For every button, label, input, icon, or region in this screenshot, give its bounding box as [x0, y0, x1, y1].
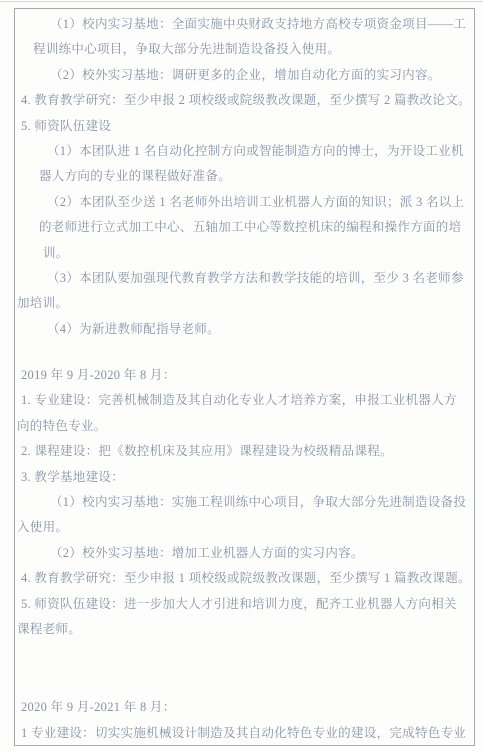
text-line: （1）校内实习基地：实施工程训练中心项目，争取大部分先进制造设备投 — [14, 490, 474, 515]
text-line: （4）为新进教师配指导老师。 — [14, 317, 474, 342]
text-line: 的老师进行立式加工中心、五轴加工中心等数控机床的编程和操作方面的培 — [14, 215, 474, 240]
text-line: （2）校外实习基地：增加工业机器人方面的实习内容。 — [14, 541, 474, 566]
table-cell-border-right — [474, 8, 475, 746]
text-line: 入使用。 — [14, 515, 474, 540]
document-text-content: （1）校内实习基地：全面实施中央财政支持地方高校专项资金项目——工程训练中心项目… — [14, 8, 474, 746]
text-line: （1）本团队进 1 名自动化控制方向或智能制造方向的博士，为开设工业机 — [14, 139, 474, 164]
text-line: 1 专业建设：切实实施机械设计制造及其自动化特色专业的建设，完成特色专业 — [14, 721, 474, 746]
section-plan-2020-2021: 2020 年 9 月-2021 年 8 月：1 专业建设：切实实施机械设计制造及… — [14, 695, 474, 746]
text-line: 加培训。 — [14, 291, 474, 316]
text-line: 5. 师资队伍建设 — [14, 114, 474, 139]
section-plan-tail-previous-year: （1）校内实习基地：全面实施中央财政支持地方高校专项资金项目——工程训练中心项目… — [14, 12, 474, 342]
text-line: 器人方向的专业的课程做好准备。 — [14, 164, 474, 189]
text-line: （3）本团队要加强现代教育教学方法和教学技能的培训，至少 3 名老师参 — [14, 266, 474, 291]
page-top-scan-rule — [0, 1, 483, 2]
text-line: 程训练中心项目，争取大部分先进制造设备投入使用。 — [14, 37, 474, 62]
text-line: 2. 课程建设：把《数控机床及其应用》课程建设为校级精品课程。 — [14, 439, 474, 464]
text-line: 2019 年 9 月-2020 年 8 月： — [14, 363, 474, 388]
text-line: 5. 师资队伍建设：进一步加大人才引进和培训力度，配齐工业机器人方向相关 — [14, 592, 474, 617]
text-line: 向的特色专业。 — [14, 414, 474, 439]
text-line: 训。 — [14, 241, 474, 266]
text-line: （2）本团队至少送 1 名老师外出培训工业机器人方面的知识；派 3 名以上 — [14, 190, 474, 215]
text-line: 课程老师。 — [14, 617, 474, 642]
section-plan-2019-2020: 2019 年 9 月-2020 年 8 月：1. 专业建设：完善机械制造及其自动… — [14, 363, 474, 642]
text-line: 2020 年 9 月-2021 年 8 月： — [14, 695, 474, 720]
scanned-document-page: （1）校内实习基地：全面实施中央财政支持地方高校专项资金项目——工程训练中心项目… — [0, 0, 483, 751]
text-line: 1. 专业建设：完善机械制造及其自动化专业人才培养方案，申报工业机器人方 — [14, 388, 474, 413]
text-line: 4. 教育教学研究：至少申报 2 项校级或院级教改课题，至少撰写 2 篇教改论文… — [14, 88, 474, 113]
text-line: （2）校外实习基地：调研更多的企业，增加自动化方面的实习内容。 — [14, 63, 474, 88]
text-line: 3. 教学基地建设： — [14, 465, 474, 490]
text-line: （1）校内实习基地：全面实施中央财政支持地方高校专项资金项目——工 — [14, 12, 474, 37]
text-line: 4. 教育教学研究：至少申报 1 项校级或院级教改课题，至少撰写 1 篇教改课题… — [14, 566, 474, 591]
